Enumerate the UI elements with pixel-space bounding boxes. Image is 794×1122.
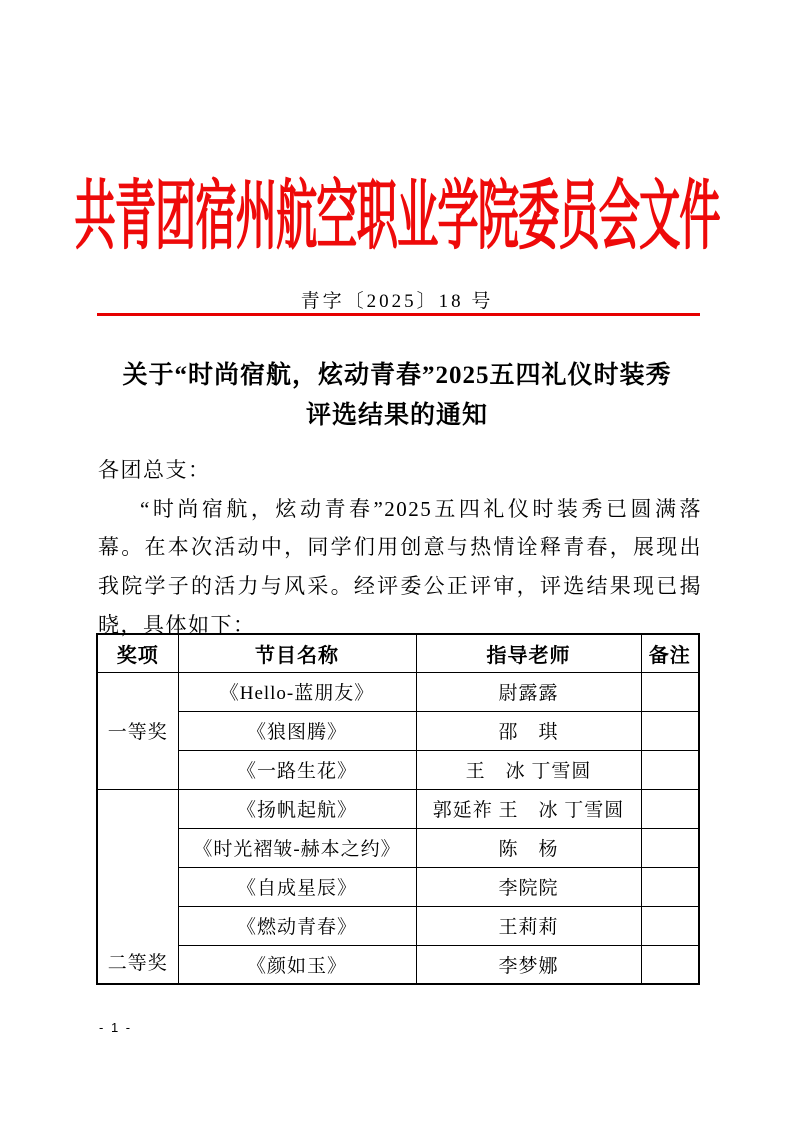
note-cell [641, 711, 699, 750]
page-number: - 1 - [99, 1020, 132, 1035]
note-cell [641, 828, 699, 867]
table-row: 一等奖《Hello-蓝朋友》尉露露 [97, 672, 699, 711]
doc-title-line1: 关于“时尚宿航，炫动青春”2025五四礼仪时装秀 [47, 356, 747, 396]
note-cell [641, 750, 699, 789]
note-cell [641, 672, 699, 711]
column-header-note: 备注 [641, 634, 699, 672]
table-row: 《自成星辰》李院院 [97, 867, 699, 906]
table-row: 二等奖《扬帆起航》郭延祚 王 冰 丁雪圆 [97, 789, 699, 828]
teacher-cell: 邵 琪 [416, 711, 641, 750]
teacher-cell: 郭延祚 王 冰 丁雪圆 [416, 789, 641, 828]
program-cell: 《时光褶皱-赫本之约》 [178, 828, 416, 867]
award-cell: 二等奖 [97, 789, 178, 984]
doc-title-line2: 评选结果的通知 [47, 396, 747, 436]
letterhead: 共青团宿州航空职业学院委员会文件 [0, 172, 794, 262]
table-row: 《燃动青春》王莉莉 [97, 906, 699, 945]
column-header-teacher: 指导老师 [416, 634, 641, 672]
program-cell: 《狼图腾》 [178, 711, 416, 750]
note-cell [641, 945, 699, 984]
awards-table: 奖项 节目名称 指导老师 备注 一等奖《Hello-蓝朋友》尉露露《狼图腾》邵 … [96, 633, 700, 985]
teacher-cell: 李院院 [416, 867, 641, 906]
teacher-cell: 李梦娜 [416, 945, 641, 984]
doc-title: 关于“时尚宿航，炫动青春”2025五四礼仪时装秀 评选结果的通知 [47, 356, 747, 436]
note-cell [641, 789, 699, 828]
doc-number: 青字〔2025〕18 号 [0, 286, 794, 313]
letterhead-org-title: 共青团宿州航空职业学院委员会文件 [74, 172, 719, 262]
document-page: 共青团宿州航空职业学院委员会文件 青字〔2025〕18 号 关于“时尚宿航，炫动… [0, 0, 794, 1122]
column-header-program: 节目名称 [178, 634, 416, 672]
awards-table-wrap: 奖项 节目名称 指导老师 备注 一等奖《Hello-蓝朋友》尉露露《狼图腾》邵 … [96, 633, 700, 985]
program-cell: 《颜如玉》 [178, 945, 416, 984]
table-row: 《颜如玉》李梦娜 [97, 945, 699, 984]
program-cell: 《自成星辰》 [178, 867, 416, 906]
program-cell: 《一路生花》 [178, 750, 416, 789]
table-row: 《狼图腾》邵 琪 [97, 711, 699, 750]
table-row: 《一路生花》王 冰 丁雪圆 [97, 750, 699, 789]
teacher-cell: 王莉莉 [416, 906, 641, 945]
program-cell: 《燃动青春》 [178, 906, 416, 945]
salutation: 各团总支： [98, 451, 702, 490]
note-cell [641, 906, 699, 945]
program-cell: 《扬帆起航》 [178, 789, 416, 828]
teacher-cell: 王 冰 丁雪圆 [416, 750, 641, 789]
teacher-cell: 陈 杨 [416, 828, 641, 867]
note-cell [641, 867, 699, 906]
program-cell: 《Hello-蓝朋友》 [178, 672, 416, 711]
table-header-row: 奖项 节目名称 指导老师 备注 [97, 634, 699, 672]
body-paragraph: “时尚宿航，炫动青春”2025五四礼仪时装秀已圆满落幕。在本次活动中，同学们用创… [98, 490, 702, 645]
column-header-award: 奖项 [97, 634, 178, 672]
body-text: 各团总支： “时尚宿航，炫动青春”2025五四礼仪时装秀已圆满落幕。在本次活动中… [98, 451, 702, 645]
red-divider-rule [97, 313, 700, 316]
table-row: 《时光褶皱-赫本之约》陈 杨 [97, 828, 699, 867]
teacher-cell: 尉露露 [416, 672, 641, 711]
award-cell: 一等奖 [97, 672, 178, 789]
awards-table-body: 一等奖《Hello-蓝朋友》尉露露《狼图腾》邵 琪《一路生花》王 冰 丁雪圆二等… [97, 672, 699, 984]
